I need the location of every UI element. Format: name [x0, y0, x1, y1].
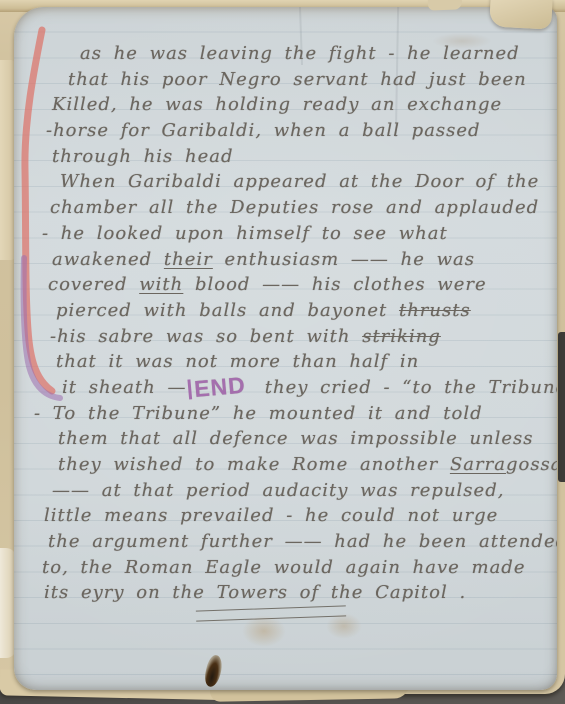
- manuscript-photo: as he was leaving the fight - he learned…: [0, 0, 565, 704]
- text-segment: gossa: [506, 454, 557, 475]
- text-segment: that it was not more than half in: [56, 351, 419, 372]
- text-segment: with: [139, 274, 183, 295]
- end-stamp: END: [188, 374, 249, 399]
- text-segment: -horse for Garibaldi, when a ball passed: [46, 120, 481, 141]
- manuscript-line: chamber all the Deputies rose and applau…: [34, 195, 557, 221]
- manuscript-line: pierced with balls and bayonet thrusts: [34, 298, 557, 324]
- manuscript-line: that it was not more than half in: [34, 349, 557, 375]
- manuscript-line: covered with blood —— his clothes were: [34, 272, 557, 298]
- text-segment: thrusts: [399, 300, 471, 321]
- text-segment: —— at that period audacity was repulsed,: [52, 480, 504, 501]
- text-segment: pierced with balls and bayonet: [56, 300, 399, 321]
- notebook-page: as he was leaving the fight - he learned…: [14, 7, 557, 690]
- torn-chip-top: [428, 0, 462, 11]
- text-segment: little means prevailed - he could not ur…: [44, 505, 498, 526]
- manuscript-line: -horse for Garibaldi, when a ball passed: [34, 118, 557, 144]
- manuscript-line: the argument further —— had he been atte…: [34, 529, 557, 555]
- text-segment: enthusiasm —— he was: [213, 249, 475, 270]
- backdrop-gap-right: [558, 332, 565, 482]
- text-segment: they wished to make Rome another: [58, 454, 450, 475]
- manuscript-line: little means prevailed - he could not ur…: [34, 503, 557, 529]
- text-segment: chamber all the Deputies rose and applau…: [50, 197, 539, 218]
- text-segment: striking: [362, 326, 441, 347]
- text-segment: blood —— his clothes were: [183, 274, 486, 295]
- stain: [326, 613, 362, 639]
- text-segment: them that all defence was impossible unl…: [58, 428, 534, 449]
- manuscript-text: as he was leaving the fight - he learned…: [34, 41, 557, 606]
- text-segment: - he looked upon himself to see what: [42, 223, 448, 244]
- manuscript-line: -his sabre was so bent with striking: [34, 324, 557, 350]
- text-segment: Sarra: [450, 454, 506, 475]
- manuscript-line: to, the Roman Eagle would again have mad…: [34, 555, 557, 581]
- text-segment: that his poor Negro servant had just bee…: [68, 69, 527, 90]
- text-segment: When Garibaldi appeared at the Door of t…: [60, 171, 539, 192]
- manuscript-line: When Garibaldi appeared at the Door of t…: [34, 169, 557, 195]
- text-segment: it sheath —: [62, 377, 186, 398]
- stain: [242, 615, 286, 647]
- stain: [432, 33, 492, 49]
- manuscript-line: that his poor Negro servant had just bee…: [34, 67, 557, 93]
- manuscript-line: its eyry on the Towers of the Capitol .: [34, 580, 557, 606]
- text-segment: the argument further —— had he been atte…: [48, 531, 557, 552]
- text-segment: its eyry on the Towers of the Capitol .: [44, 582, 466, 603]
- torn-corner-top-right: [489, 0, 553, 30]
- manuscript-line: —— at that period audacity was repulsed,: [34, 478, 557, 504]
- text-segment: to, the Roman Eagle would again have mad…: [42, 557, 525, 578]
- manuscript-line: them that all defence was impossible unl…: [34, 426, 557, 452]
- text-segment: through his head: [52, 146, 234, 167]
- text-segment: they cried - “to the Tribune”: [253, 377, 557, 398]
- manuscript-line: - To the Tribune” he mounted it and told: [34, 401, 557, 427]
- text-segment: -his sabre was so bent with: [50, 326, 362, 347]
- manuscript-line: awakened their enthusiasm —— he was: [34, 247, 557, 273]
- text-segment: their: [164, 249, 213, 270]
- manuscript-line: - he looked upon himself to see what: [34, 221, 557, 247]
- manuscript-line: they wished to make Rome another Sarrago…: [34, 452, 557, 478]
- ink-blot: [202, 654, 224, 689]
- text-segment: awakened: [52, 249, 164, 270]
- text-segment: Killed, he was holding ready an exchange: [52, 94, 502, 115]
- text-segment: covered: [48, 274, 139, 295]
- manuscript-line: it sheath —END they cried - “to the Trib…: [34, 375, 557, 401]
- text-segment: - To the Tribune” he mounted it and told: [34, 403, 483, 424]
- manuscript-line: through his head: [34, 144, 557, 170]
- manuscript-line: Killed, he was holding ready an exchange: [34, 92, 557, 118]
